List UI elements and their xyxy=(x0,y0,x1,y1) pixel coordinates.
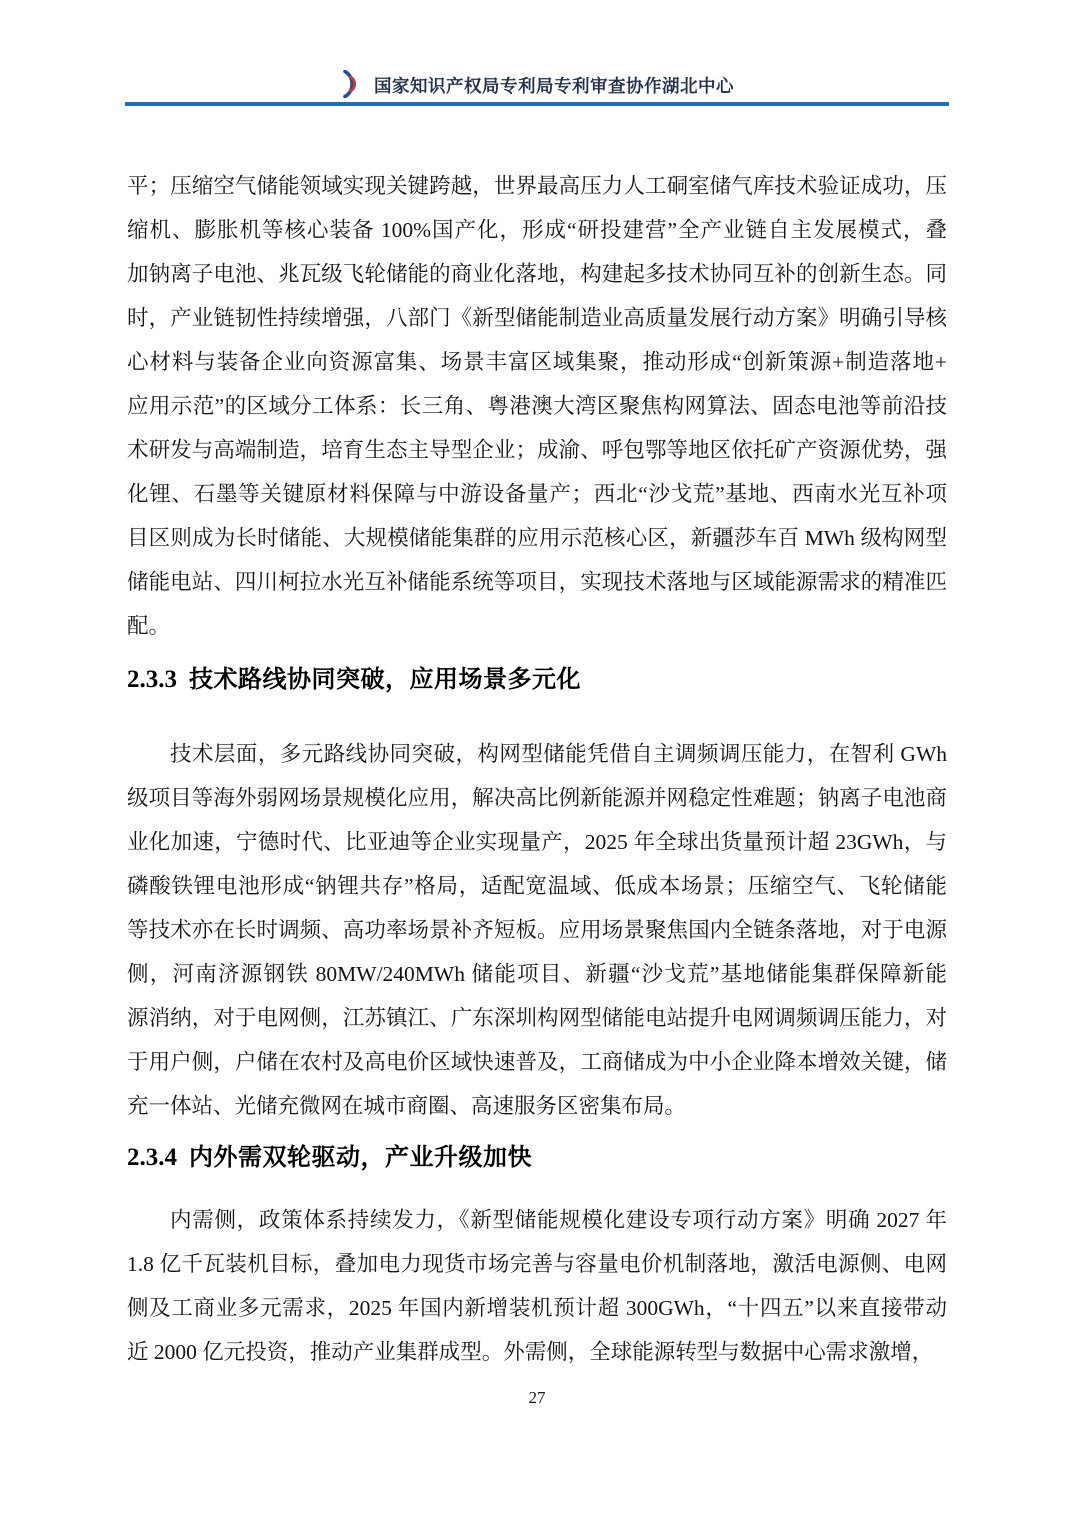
document-body: 平；压缩空气储能领域实现关键跨越，世界最高压力人工硐室储气库技术验证成功，压缩机… xyxy=(127,164,947,1374)
text-line: 缩机、膨胀机等核心装备 100%国产化，形成“研投建营”全产业链自主发展模式，叠 xyxy=(127,208,947,252)
text-line: 1.8 亿千瓦装机目标，叠加电力现货市场完善与容量电价机制落地，激活电源侧、电网 xyxy=(127,1242,947,1286)
section-title: 内外需双轮驱动，产业升级加快 xyxy=(189,1144,532,1171)
page-header: 国家知识产权局专利局专利审查协作湖北中心 xyxy=(125,72,949,106)
text-line: 充一体站、光储充微网在城市商圈、高速服务区密集布局。 xyxy=(127,1084,947,1128)
text-line: 侧及工商业多元需求，2025 年国内新增装机预计超 300GWh，“十四五”以来… xyxy=(127,1286,947,1330)
paragraph-1: 平；压缩空气储能领域实现关键跨越，世界最高压力人工硐室储气库技术验证成功，压缩机… xyxy=(127,164,947,648)
header-row: 国家知识产权局专利局专利审查协作湖北中心 xyxy=(125,72,949,98)
section-heading-2-3-4: 2.3.4内外需双轮驱动，产业升级加快 xyxy=(127,1140,947,1176)
header-divider-rule xyxy=(125,102,949,106)
paragraph-3: 内需侧，政策体系持续发力，《新型储能规模化建设专项行动方案》明确 2027 年1… xyxy=(127,1198,947,1374)
text-line: 加钠离子电池、兆瓦级飞轮储能的商业化落地，构建起多技术协同互补的创新生态。同 xyxy=(127,252,947,296)
text-line: 术研发与高端制造，培育生态主导型企业；成渝、呼包鄂等地区依托矿产资源优势，强 xyxy=(127,428,947,472)
text-line: 侧，河南济源钢铁 80MW/240MWh 储能项目、新疆“沙戈荒”基地储能集群保… xyxy=(127,952,947,996)
page-number: 27 xyxy=(529,1388,546,1407)
page-footer: 27 xyxy=(0,1388,1074,1408)
org-name: 国家知识产权局专利局专利审查协作湖北中心 xyxy=(374,73,734,98)
paragraph-2: 技术层面，多元路线协同突破，构网型储能凭借自主调频调压能力，在智利 GWh级项目… xyxy=(127,732,947,1128)
dual-swoosh-logo-icon xyxy=(340,70,361,98)
text-line: 级项目等海外弱网场景规模化应用，解决高比例新能源并网稳定性难题；钠离子电池商 xyxy=(127,776,947,820)
section-number: 2.3.3 xyxy=(127,666,177,693)
text-line: 源消纳，对于电网侧，江苏镇江、广东深圳构网型储能电站提升电网调频调压能力，对 xyxy=(127,996,947,1040)
text-line: 技术层面，多元路线协同突破，构网型储能凭借自主调频调压能力，在智利 GWh xyxy=(127,732,947,776)
text-line: 储能电站、四川柯拉水光互补储能系统等项目，实现技术落地与区域能源需求的精准匹 xyxy=(127,560,947,604)
text-line: 时，产业链韧性持续增强，八部门《新型储能制造业高质量发展行动方案》明确引导核 xyxy=(127,296,947,340)
text-line: 近 2000 亿元投资，推动产业集群成型。外需侧，全球能源转型与数据中心需求激增… xyxy=(127,1330,947,1374)
text-line: 化锂、石墨等关键原材料保障与中游设备量产；西北“沙戈荒”基地、西南水光互补项 xyxy=(127,472,947,516)
text-line: 应用示范”的区域分工体系：长三角、粤港澳大湾区聚焦构网算法、固态电池等前沿技 xyxy=(127,384,947,428)
text-line: 心材料与装备企业向资源富集、场景丰富区域集聚，推动形成“创新策源+制造落地+ xyxy=(127,340,947,384)
text-line: 于用户侧，户储在农村及高电价区域快速普及，工商储成为中小企业降本增效关键，储 xyxy=(127,1040,947,1084)
document-page: 国家知识产权局专利局专利审查协作湖北中心 平；压缩空气储能领域实现关键跨越，世界… xyxy=(0,0,1074,1520)
text-line: 平；压缩空气储能领域实现关键跨越，世界最高压力人工硐室储气库技术验证成功，压 xyxy=(127,164,947,208)
text-line: 磷酸铁锂电池形成“钠锂共存”格局，适配宽温域、低成本场景；压缩空气、飞轮储能 xyxy=(127,864,947,908)
text-line: 配。 xyxy=(127,604,947,648)
text-line: 内需侧，政策体系持续发力，《新型储能规模化建设专项行动方案》明确 2027 年 xyxy=(127,1198,947,1242)
text-line: 业化加速，宁德时代、比亚迪等企业实现量产，2025 年全球出货量预计超 23GW… xyxy=(127,820,947,864)
text-line: 目区则成为长时储能、大规模储能集群的应用示范核心区，新疆莎车百 MWh 级构网型 xyxy=(127,516,947,560)
section-heading-2-3-3: 2.3.3技术路线协同突破，应用场景多元化 xyxy=(127,662,947,698)
text-line: 等技术亦在长时调频、高功率场景补齐短板。应用场景聚焦国内全链条落地，对于电源 xyxy=(127,908,947,952)
section-number: 2.3.4 xyxy=(127,1144,177,1171)
section-title: 技术路线协同突破，应用场景多元化 xyxy=(189,666,581,693)
